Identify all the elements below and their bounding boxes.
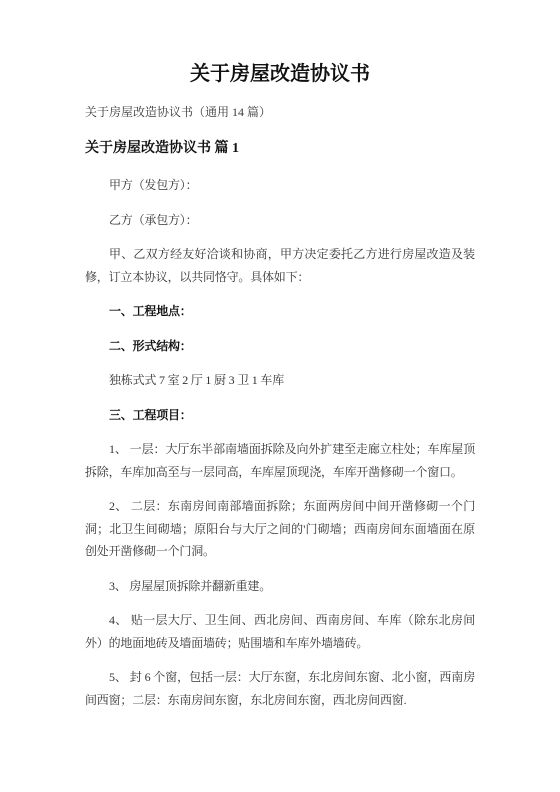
- paragraph-party-a: 甲方（发包方）：: [85, 174, 475, 197]
- paragraph-item-5: 5、 封 6 个窗，包括一层：大厅东窗，东北房间东窗、北小窗，西南房间西窗；二层…: [85, 666, 475, 711]
- paragraph-item-1: 1、 一层：大厅东半部南墙面拆除及向外扩建至走廊立柱处；车库屋顶拆除，车库加高至…: [85, 438, 475, 483]
- paragraph-party-b: 乙方（承包方）：: [85, 209, 475, 232]
- section-heading: 关于房屋改造协议书 篇 1: [85, 140, 475, 158]
- paragraph-intro: 甲、乙双方经友好洽谈和协商，甲方决定委托乙方进行房屋改造及装修，订立本协议，以共…: [85, 243, 475, 288]
- document-page: 关于房屋改造协议书 关于房屋改造协议书（通用 14 篇） 关于房屋改造协议书 篇…: [85, 0, 475, 711]
- document-subtitle: 关于房屋改造协议书（通用 14 篇）: [85, 104, 475, 120]
- document-title: 关于房屋改造协议书: [85, 60, 475, 88]
- document-body: 甲方（发包方）： 乙方（承包方）： 甲、乙双方经友好洽谈和协商，甲方决定委托乙方…: [85, 174, 475, 711]
- heading-structure-type: 二、形式结构：: [85, 335, 475, 358]
- paragraph-item-4: 4、 贴一层大厅、卫生间、西北房间、西南房间、车库（除东北房间外）的地面地砖及墙…: [85, 609, 475, 654]
- paragraph-item-2: 2、 二层：东南房间南部墙面拆除；东面两房间中间开凿修砌一个门洞；北卫生间砌墙；…: [85, 495, 475, 563]
- heading-project-items: 三、工程项目：: [85, 404, 475, 427]
- heading-project-location: 一、工程地点：: [85, 300, 475, 323]
- paragraph-item-3: 3、 房屋屋顶拆除并翻新重建。: [85, 575, 475, 598]
- paragraph-structure-detail: 独栋式式 7 室 2 厅 1 厨 3 卫 1 车库: [85, 369, 475, 392]
